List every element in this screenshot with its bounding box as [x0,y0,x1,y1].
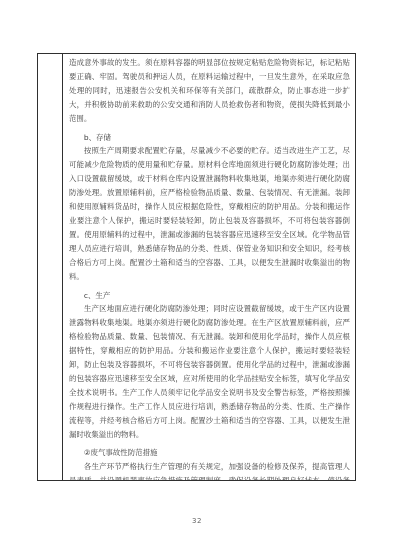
paragraph-transport-continuation: 造成意外事故的发生。须在原料容器的明显部位按规定粘贴危险物资标记，标记粘贴要正确… [69,56,350,126]
paragraph-storage: 按照生产周期要求配置贮存量，尽量减少不必要的贮存。适当改进生产工艺，尽可能减少危… [69,144,350,283]
paragraph-waste-gas: 各生产环节严格执行生产管理的有关规定，加强设备的检修及保养，提高管理人员素质，并… [69,460,350,480]
table-content-cell: 造成意外事故的发生。须在原料容器的明显部位按规定粘贴危险物资标记，标记粘贴要正确… [63,54,355,480]
page-number: 32 [0,517,394,525]
document-table: 造成意外事故的发生。须在原料容器的明显部位按规定粘贴危险物资标记，标记粘贴要正确… [37,53,356,481]
paragraph-production: 生产区地面应进行硬化防腐防渗处理；同时应设置截留缓坡，或于生产区内设置泄露物料收… [69,302,350,441]
document-page: 造成意外事故的发生。须在原料容器的明显部位按规定粘贴危险物资标记，标记粘贴要正确… [0,0,394,557]
heading-waste-gas: ②废气事故性防范措施 [69,446,350,460]
table-left-gutter-cell [38,54,63,480]
heading-storage: b、存储 [69,131,350,145]
heading-production: c、生产 [69,289,350,303]
